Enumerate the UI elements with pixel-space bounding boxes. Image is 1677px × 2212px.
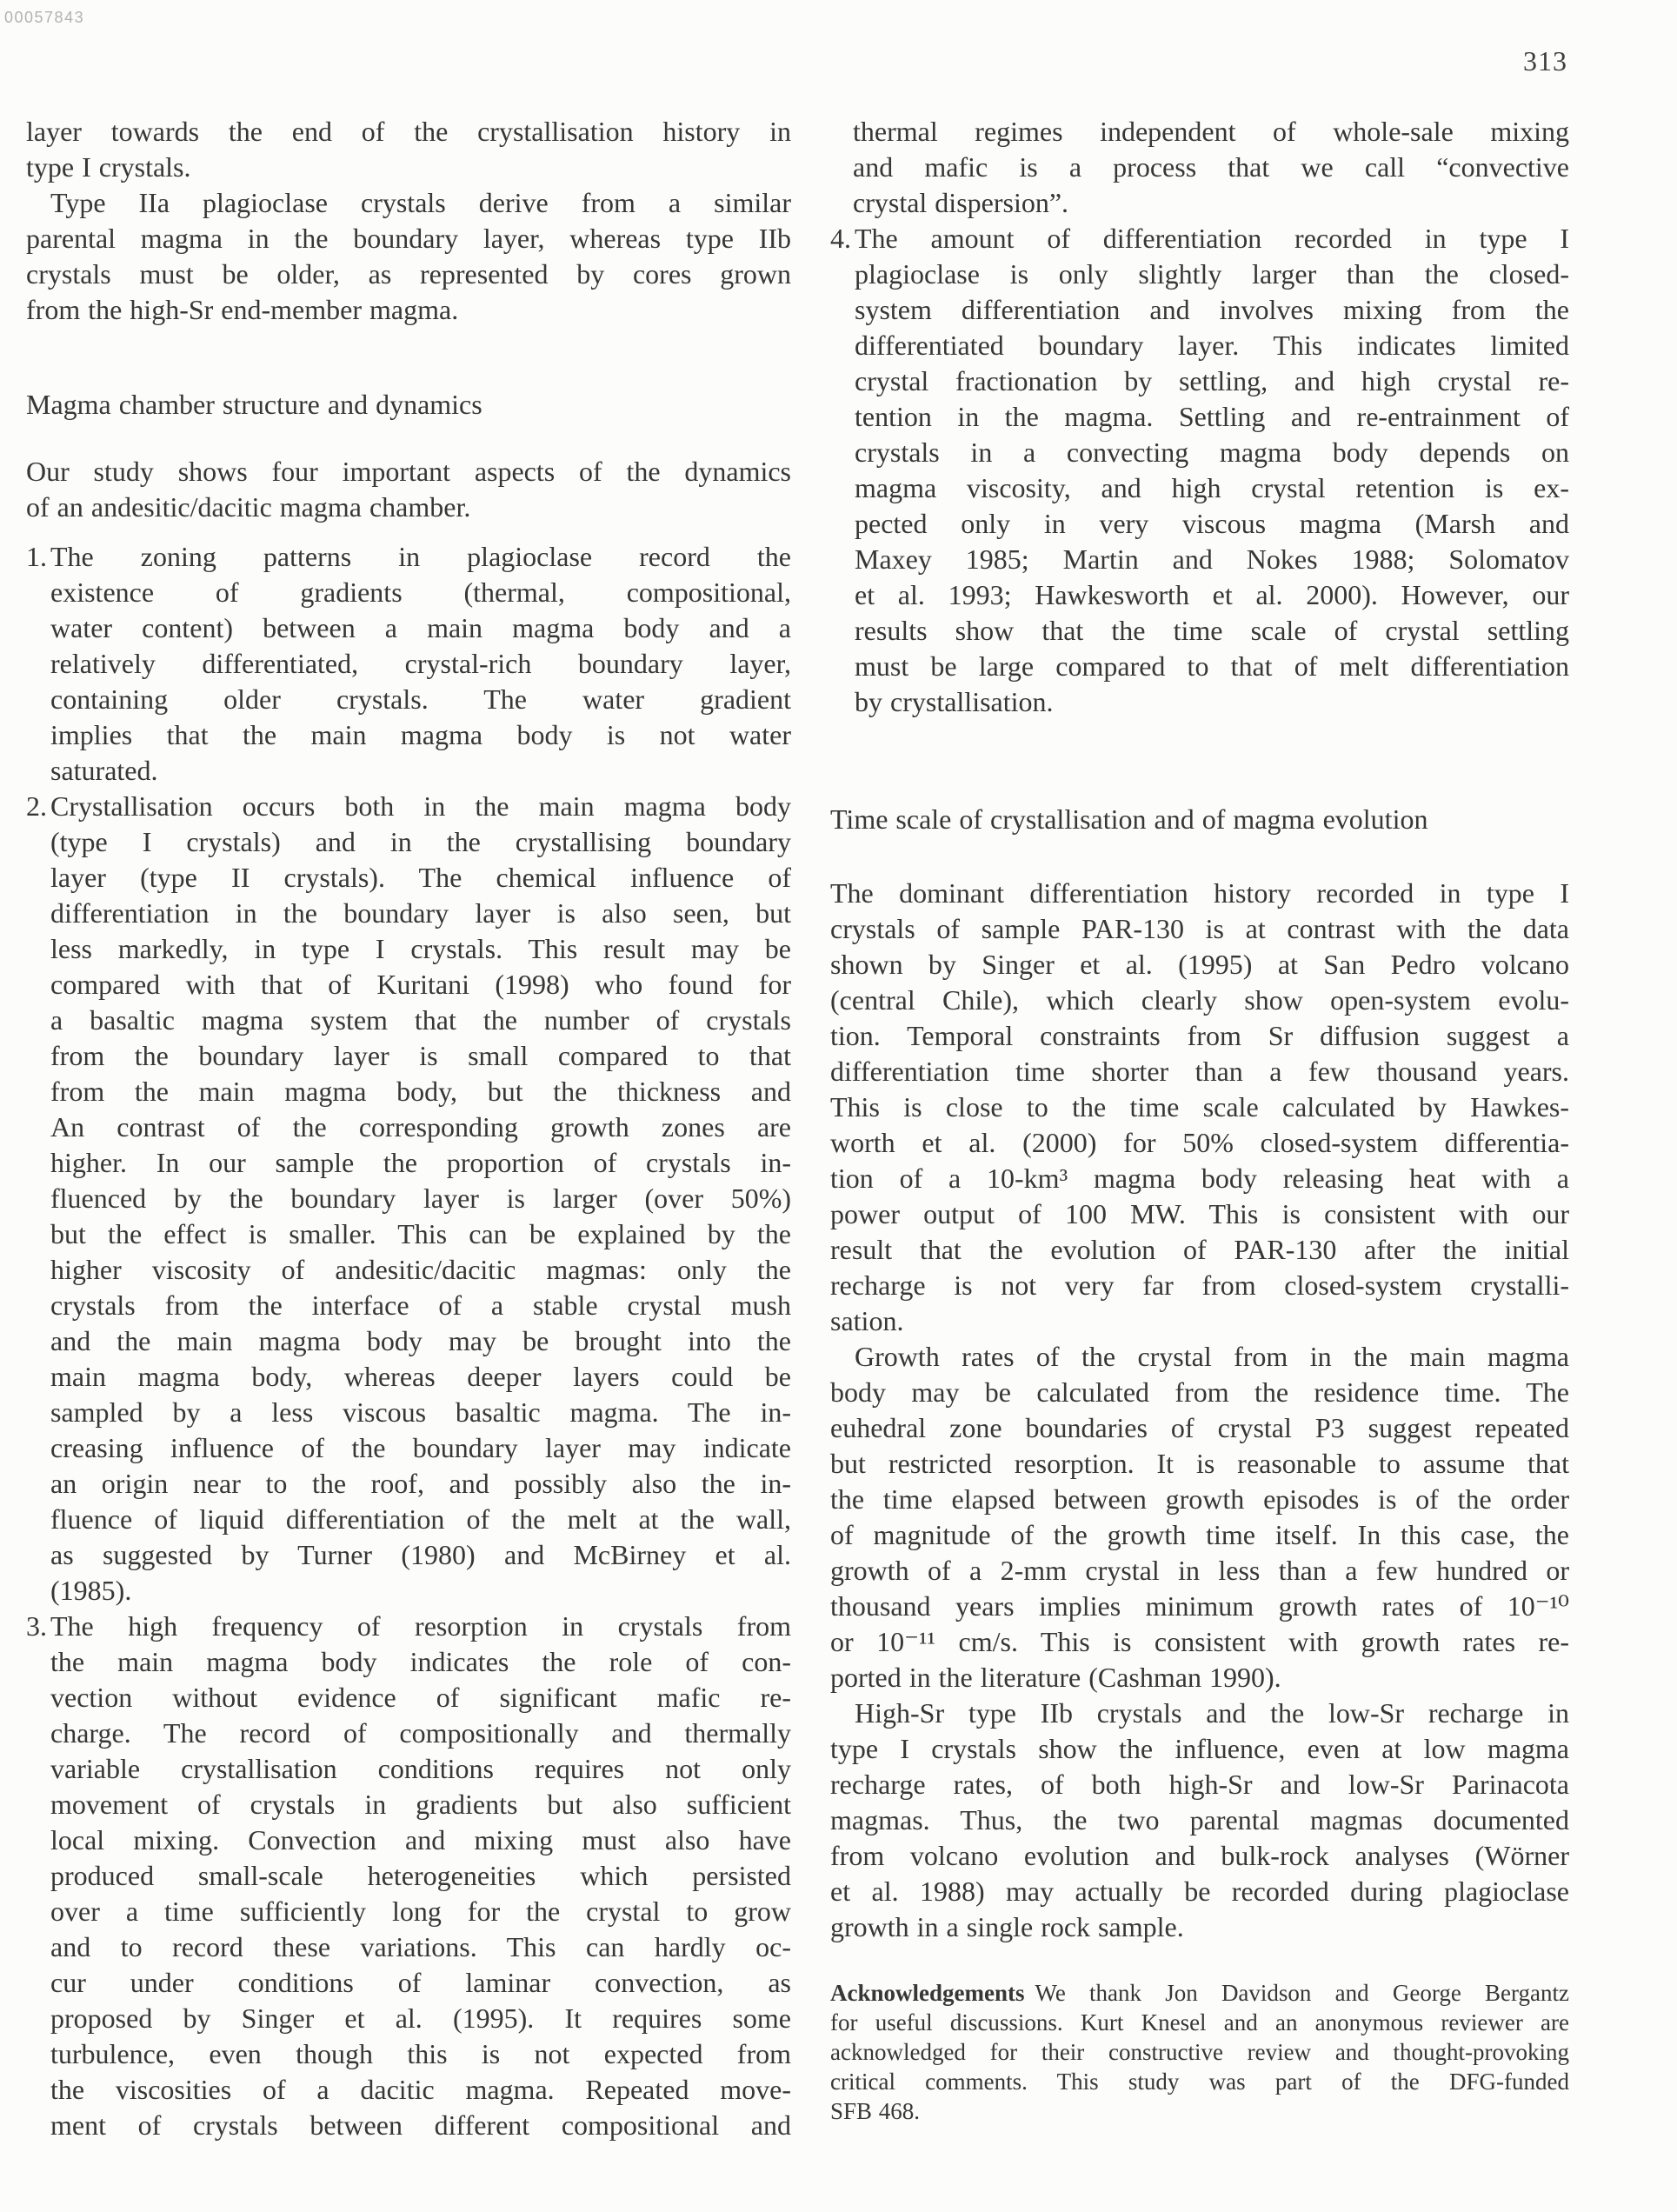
text-line: variable crystallisation conditions requ… bbox=[50, 1751, 791, 1787]
text-line: differentiation time shorter than a few … bbox=[830, 1054, 1569, 1089]
text-line: (type I crystals) and in the crystallisi… bbox=[50, 824, 791, 860]
text-line: and mafic is a process that we call “con… bbox=[853, 150, 1569, 185]
list-number: 1. bbox=[26, 539, 47, 575]
text-line: containing older crystals. The water gra… bbox=[50, 682, 791, 717]
text-line: but restricted resorption. It is reasona… bbox=[830, 1446, 1569, 1482]
text-line: sampled by a less viscous basaltic magma… bbox=[50, 1395, 791, 1430]
text-line: recharge is not very far from closed-sys… bbox=[830, 1268, 1569, 1303]
text-line: Time scale of crystallisation and of mag… bbox=[830, 802, 1569, 837]
text-line: layer (type II crystals). The chemical i… bbox=[50, 860, 791, 896]
text-line: of magnitude of the growth time itself. … bbox=[830, 1517, 1569, 1553]
text-line: fluence of liquid differentiation of the… bbox=[50, 1502, 791, 1537]
text-line: layer towards the end of the crystallisa… bbox=[26, 114, 791, 150]
text-line: crystals must be older, as represented b… bbox=[26, 257, 791, 292]
text-line: shown by Singer et al. (1995) at San Ped… bbox=[830, 947, 1569, 983]
text-line: critical comments. This study was part o… bbox=[830, 2067, 1569, 2096]
text-line: implies that the main magma body is not … bbox=[50, 717, 791, 753]
text-line: from the boundary layer is small compare… bbox=[50, 1038, 791, 1074]
text-line: must be large compared to that of melt d… bbox=[855, 649, 1569, 684]
text-line: an origin near to the roof, and possibly… bbox=[50, 1466, 791, 1502]
text-line: and to record these variations. This can… bbox=[50, 1929, 791, 1965]
text-line: existence of gradients (thermal, composi… bbox=[50, 575, 791, 610]
paragraph-continuation-crystallisation-history: layer towards the end of the crystallisa… bbox=[26, 114, 791, 185]
paragraph-growth-rates: Growth rates of the crystal from in the … bbox=[830, 1339, 1569, 1696]
acknowledgements-label: Acknowledgements bbox=[830, 1980, 1025, 2006]
text-line: proposed by Singer et al. (1995). It req… bbox=[50, 2001, 791, 2036]
text-line: fluenced by the boundary layer is larger… bbox=[50, 1181, 791, 1216]
list-item-1: 1.The zoning patterns in plagioclase rec… bbox=[26, 539, 791, 789]
text-line: recharge rates, of both high-Sr and low-… bbox=[830, 1767, 1569, 1802]
text-line: tention in the magma. Settling and re-en… bbox=[855, 399, 1569, 435]
scanned-page: 00057843 313 layer towards the end of th… bbox=[0, 0, 1677, 2212]
text-line: or 10⁻¹¹ cm/s. This is consistent with g… bbox=[830, 1624, 1569, 1660]
paragraph-high-sr: High-Sr type IIb crystals and the low-Sr… bbox=[830, 1696, 1569, 1945]
text-line: from the high-Sr end-member magma. bbox=[26, 292, 791, 328]
text-line: a basaltic magma system that the number … bbox=[50, 1003, 791, 1038]
text-line: result that the evolution of PAR-130 aft… bbox=[830, 1232, 1569, 1268]
text-line: for useful discussions. Kurt Knesel and … bbox=[830, 2008, 1569, 2037]
text-line: but the effect is smaller. This can be e… bbox=[50, 1216, 791, 1252]
text-line: the main magma body indicates the role o… bbox=[50, 1644, 791, 1680]
text-line: The amount of differentiation recorded i… bbox=[855, 221, 1569, 257]
list-item-2: 2.Crystallisation occurs both in the mai… bbox=[26, 789, 791, 1609]
paragraph-dominant-differentiation: The dominant differentiation history rec… bbox=[830, 876, 1569, 1339]
text-line: creasing influence of the boundary layer… bbox=[50, 1430, 791, 1466]
text-line: over a time sufficiently long for the cr… bbox=[50, 1894, 791, 1929]
list-item-3-continuation: thermal regimes independent of whole-sal… bbox=[830, 114, 1569, 221]
text-line: plagioclase is only slightly larger than… bbox=[855, 257, 1569, 292]
text-line: tion of a 10-km³ magma body releasing he… bbox=[830, 1161, 1569, 1196]
text-line: the viscosities of a dacitic magma. Repe… bbox=[50, 2072, 791, 2108]
text-line: Type IIa plagioclase crystals derive fro… bbox=[26, 185, 791, 221]
text-line: An contrast of the corresponding growth … bbox=[50, 1109, 791, 1145]
text-line: vection without evidence of significant … bbox=[50, 1680, 791, 1716]
text-line: et al. 1993; Hawkesworth et al. 2000). H… bbox=[855, 577, 1569, 613]
text-line: acknowledged for their constructive revi… bbox=[830, 2037, 1569, 2067]
text-line: This is close to the time scale calculat… bbox=[830, 1089, 1569, 1125]
text-line: turbulence, even though this is not expe… bbox=[50, 2036, 791, 2072]
text-line: magma viscosity, and high crystal retent… bbox=[855, 470, 1569, 506]
acknowledgements: AcknowledgementsWe thank Jon Davidson an… bbox=[830, 1978, 1569, 2126]
text-line: less markedly, in type I crystals. This … bbox=[50, 931, 791, 967]
section-heading-time-scale: Time scale of crystallisation and of mag… bbox=[830, 802, 1569, 837]
text-line: system differentiation and involves mixi… bbox=[855, 292, 1569, 328]
text-line: SFB 468. bbox=[830, 2096, 1569, 2126]
text-line: movement of crystals in gradients but al… bbox=[50, 1787, 791, 1822]
text-line: water content) between a main magma body… bbox=[50, 610, 791, 646]
page-number: 313 bbox=[1523, 45, 1567, 77]
text-line: from the main magma body, but the thickn… bbox=[50, 1074, 791, 1109]
text-line: sation. bbox=[830, 1303, 1569, 1339]
text-line: The dominant differentiation history rec… bbox=[830, 876, 1569, 911]
text-line: thousand years implies minimum growth ra… bbox=[830, 1589, 1569, 1624]
text-line: Crystallisation occurs both in the main … bbox=[50, 789, 791, 824]
text-line: as suggested by Turner (1980) and McBirn… bbox=[50, 1537, 791, 1573]
list-number: 4. bbox=[830, 221, 851, 257]
list-item-4: 4.The amount of differentiation recorded… bbox=[830, 221, 1569, 720]
text-line: ported in the literature (Cashman 1990). bbox=[830, 1660, 1569, 1696]
text-line: higher viscosity of andesitic/dacitic ma… bbox=[50, 1252, 791, 1288]
text-line: local mixing. Convection and mixing must… bbox=[50, 1822, 791, 1858]
text-line: crystals in a convecting magma body depe… bbox=[855, 435, 1569, 470]
text-line: power output of 100 MW. This is consiste… bbox=[830, 1196, 1569, 1232]
text-line: higher. In our sample the proportion of … bbox=[50, 1145, 791, 1181]
text-line: (1985). bbox=[50, 1573, 791, 1609]
text-line: growth of a 2-mm crystal in less than a … bbox=[830, 1553, 1569, 1589]
text-line: body may be calculated from the residenc… bbox=[830, 1375, 1569, 1410]
list-item-3: 3.The high frequency of resorption in cr… bbox=[26, 1609, 791, 2143]
paragraph-our-study: Our study shows four important aspects o… bbox=[26, 454, 791, 525]
text-line: euhedral zone boundaries of crystal P3 s… bbox=[830, 1410, 1569, 1446]
text-line: High-Sr type IIb crystals and the low-Sr… bbox=[830, 1696, 1569, 1731]
text-line: parental magma in the boundary layer, wh… bbox=[26, 221, 791, 257]
text-line: the time elapsed between growth episodes… bbox=[830, 1482, 1569, 1517]
list-number: 2. bbox=[26, 789, 47, 824]
text-line: crystals of sample PAR-130 is at contras… bbox=[830, 911, 1569, 947]
text-line: crystals from the interface of a stable … bbox=[50, 1288, 791, 1323]
text-line: growth in a single rock sample. bbox=[830, 1909, 1569, 1945]
text-line: produced small-scale heterogeneities whi… bbox=[50, 1858, 791, 1894]
section-heading-magma-chamber: Magma chamber structure and dynamics bbox=[26, 387, 791, 423]
text-line: tion. Temporal constraints from Sr diffu… bbox=[830, 1018, 1569, 1054]
text-line: et al. 1988) may actually be recorded du… bbox=[830, 1874, 1569, 1909]
text-line: type I crystals show the influence, even… bbox=[830, 1731, 1569, 1767]
text-line: by crystallisation. bbox=[855, 684, 1569, 720]
text-line: type I crystals. bbox=[26, 150, 791, 185]
text-line: and the main magma body may be brought i… bbox=[50, 1323, 791, 1359]
text-line: The high frequency of resorption in crys… bbox=[50, 1609, 791, 1644]
text-line: pected only in very viscous magma (Marsh… bbox=[855, 506, 1569, 542]
text-line: Growth rates of the crystal from in the … bbox=[830, 1339, 1569, 1375]
text-line: worth et al. (2000) for 50% closed-syste… bbox=[830, 1125, 1569, 1161]
text-line: The zoning patterns in plagioclase recor… bbox=[50, 539, 791, 575]
text-line: saturated. bbox=[50, 753, 791, 789]
text-line: of an andesitic/dacitic magma chamber. bbox=[26, 490, 791, 525]
left-column: layer towards the end of the crystallisa… bbox=[26, 114, 791, 2143]
scan-watermark-number: 00057843 bbox=[4, 9, 84, 27]
text-line: results show that the time scale of crys… bbox=[855, 613, 1569, 649]
text-line: ment of crystals between different compo… bbox=[50, 2108, 791, 2143]
text-line: crystal dispersion”. bbox=[853, 185, 1569, 221]
text-line: Our study shows four important aspects o… bbox=[26, 454, 791, 490]
right-column: thermal regimes independent of whole-sal… bbox=[830, 114, 1569, 2126]
text-line: (central Chile), which clearly show open… bbox=[830, 983, 1569, 1018]
text-line: main magma body, whereas deeper layers c… bbox=[50, 1359, 791, 1395]
list-number: 3. bbox=[26, 1609, 47, 1644]
text-line: from volcano evolution and bulk-rock ana… bbox=[830, 1838, 1569, 1874]
text-line: Maxey 1985; Martin and Nokes 1988; Solom… bbox=[855, 542, 1569, 577]
text-line: compared with that of Kuritani (1998) wh… bbox=[50, 967, 791, 1003]
text-line: relatively differentiated, crystal-rich … bbox=[50, 646, 791, 682]
text-line: thermal regimes independent of whole-sal… bbox=[853, 114, 1569, 150]
text-line: charge. The record of compositionally an… bbox=[50, 1716, 791, 1751]
text-line: magmas. Thus, the two parental magmas do… bbox=[830, 1802, 1569, 1838]
text-line: differentiation in the boundary layer is… bbox=[50, 896, 791, 931]
text-line: crystal fractionation by settling, and h… bbox=[855, 363, 1569, 399]
paragraph-type-iia: Type IIa plagioclase crystals derive fro… bbox=[26, 185, 791, 328]
text-line: differentiated boundary layer. This indi… bbox=[855, 328, 1569, 363]
text-line: cur under conditions of laminar convecti… bbox=[50, 1965, 791, 2001]
text-line: Magma chamber structure and dynamics bbox=[26, 387, 791, 423]
text-line: AcknowledgementsWe thank Jon Davidson an… bbox=[830, 1978, 1569, 2008]
